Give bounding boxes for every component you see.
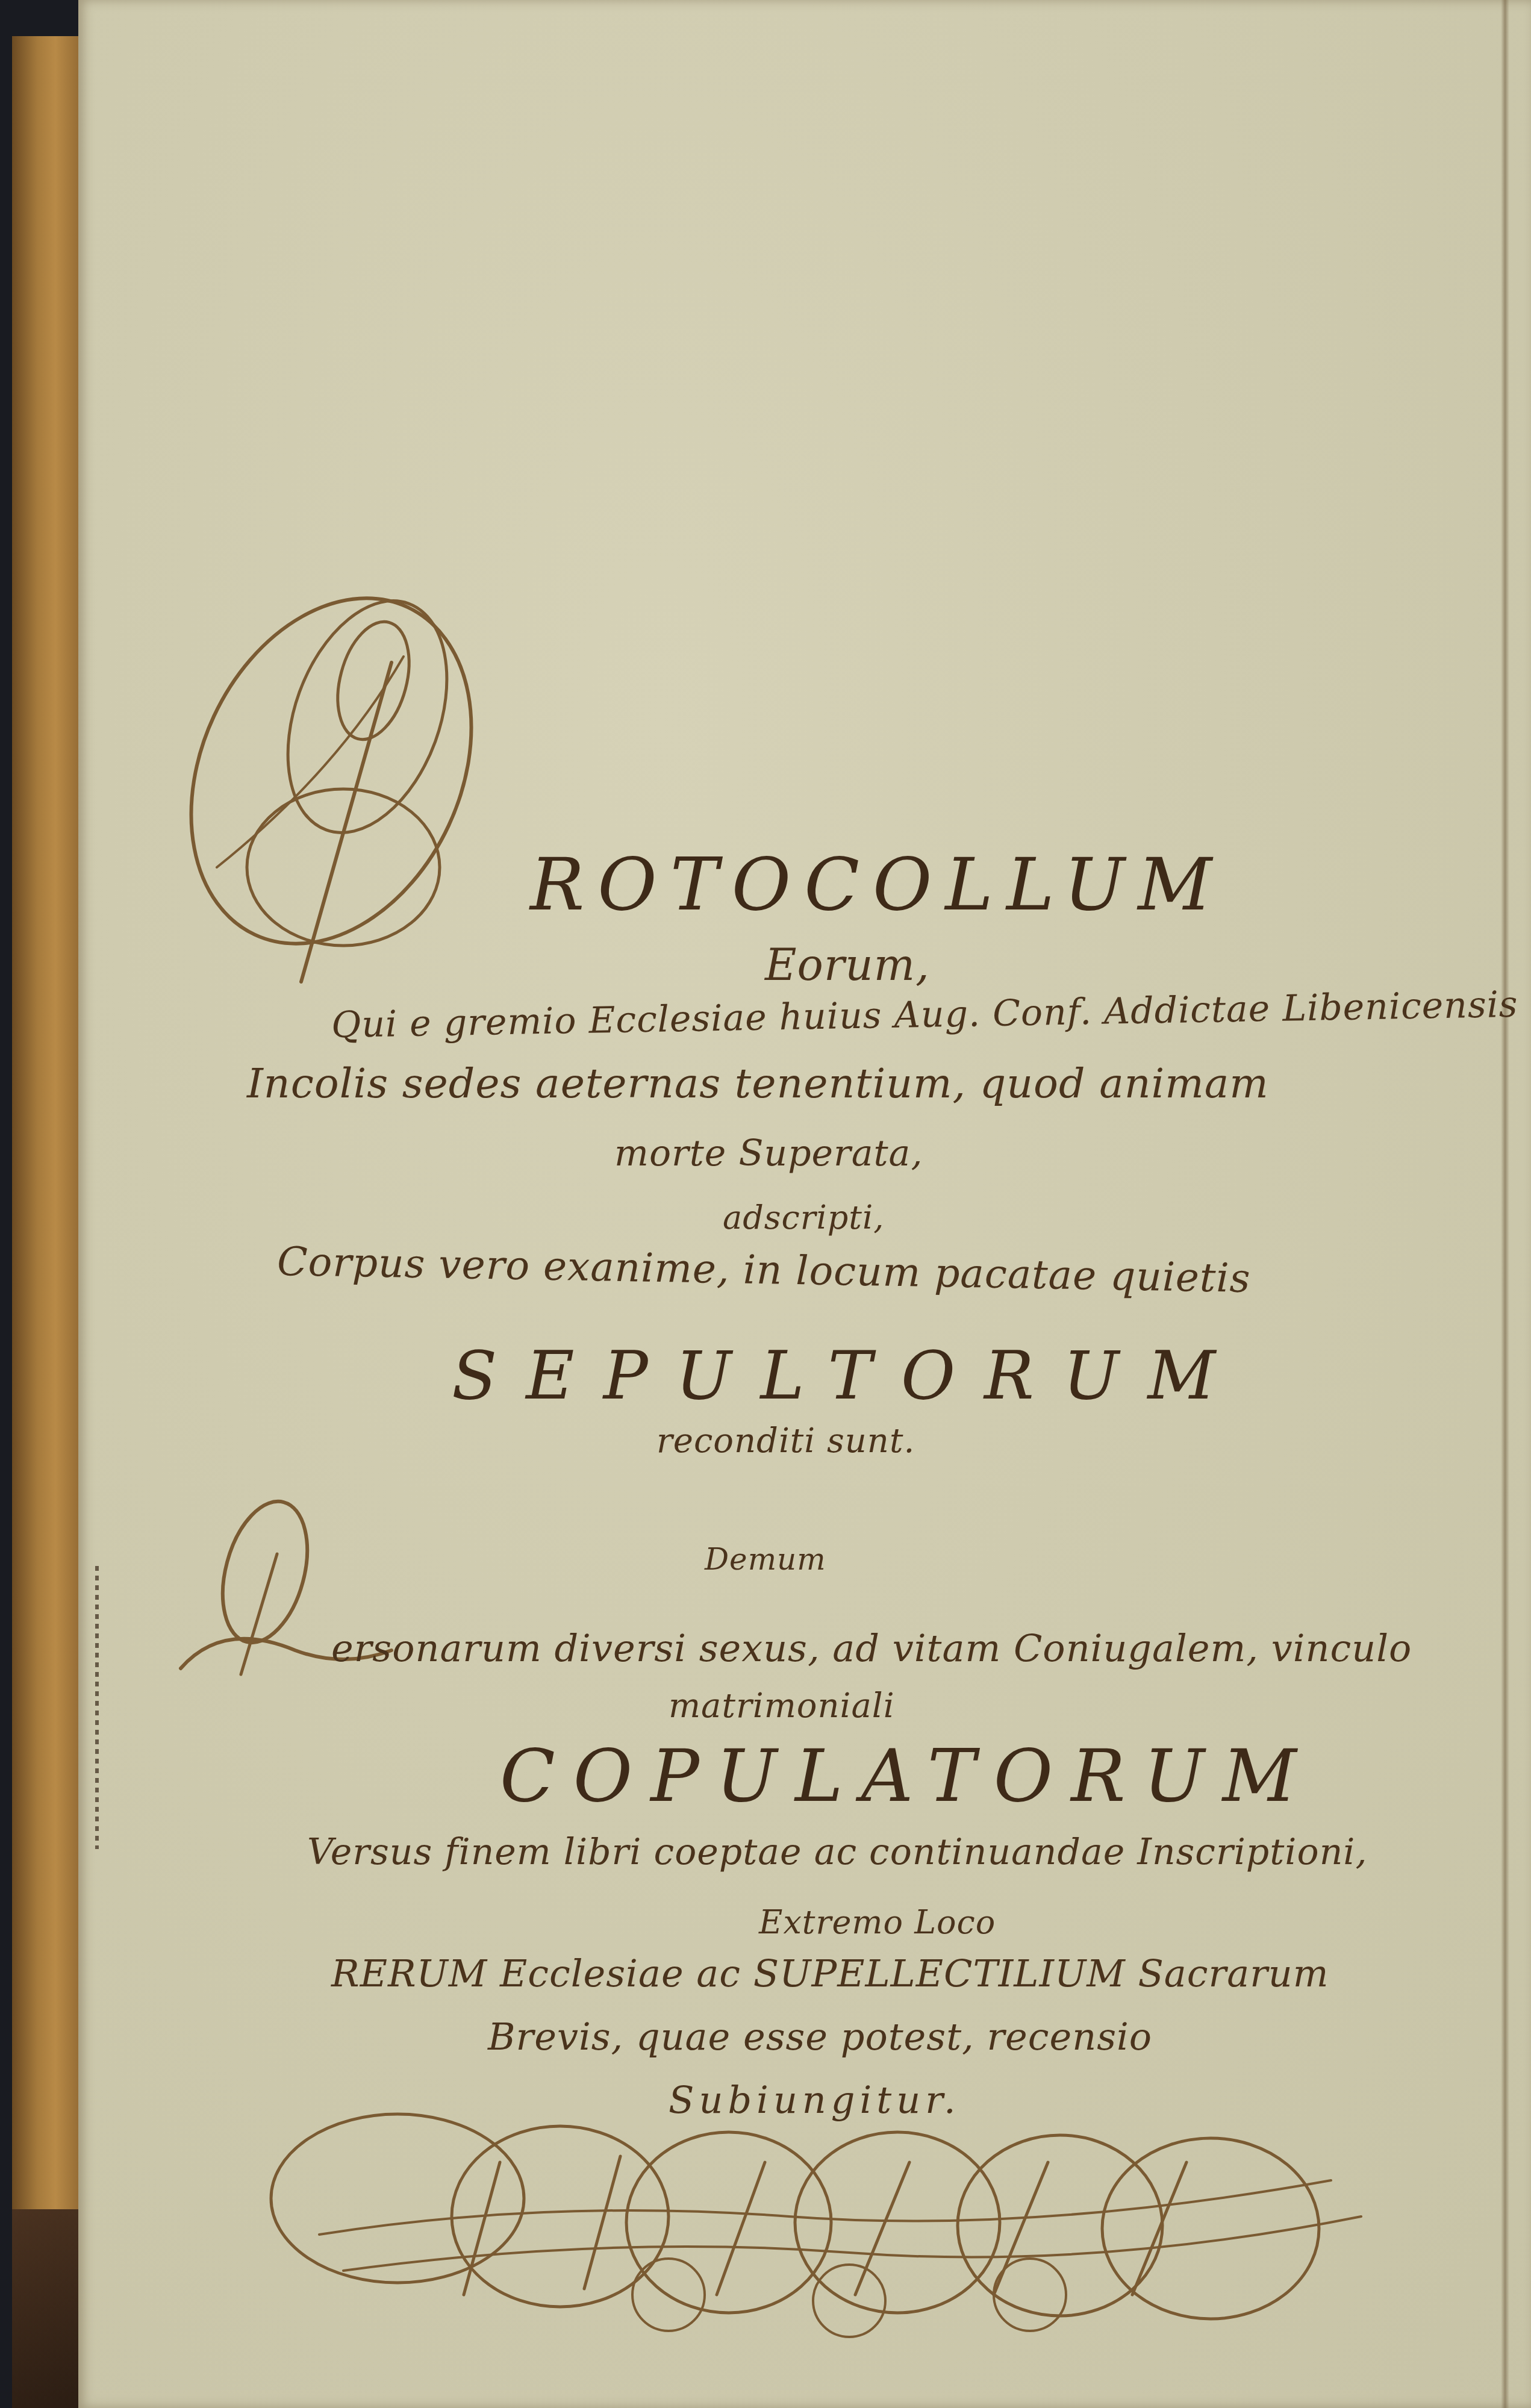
decorative-initial-p — [187, 590, 608, 1024]
text-line-brevis: Brevis, quae esse potest, recensio — [488, 2015, 1152, 2059]
text-line-demum: Demum — [705, 1542, 826, 1577]
text-line-versus-finem: Versus finem libri coeptae ac continuand… — [307, 1831, 1368, 1873]
text-line-matrimoniali: matrimoniali — [669, 1686, 895, 1726]
title-text: ROTOCOLLUM — [530, 843, 1225, 927]
binding-stitch-holes — [95, 1566, 99, 1849]
text-line-adscripti: adscripti, — [723, 1199, 885, 1237]
text-line-personarum: ersonarum diversi sexus, ad vitam Coniug… — [331, 1626, 1412, 1670]
page-gutter-shadow — [1501, 0, 1509, 2408]
personarum-text: ersonarum diversi sexus, ad vitam Coniug… — [331, 1626, 1412, 1670]
decorative-bottom-flourish — [247, 2096, 1451, 2349]
text-line-corpus-vero: Corpus vero exanime, in locum pacatae qu… — [276, 1238, 1251, 1302]
title-copulatorum: COPULATORUM — [500, 1735, 1315, 1818]
title-sepultorum: SEPULTORUM — [452, 1337, 1244, 1414]
book-binding-spine — [12, 36, 86, 2408]
title-rotocollum: ROTOCOLLUM — [530, 843, 1225, 927]
text-line-rerum-ecclesiae: RERUM Ecclesiae ac SUPELLECTILIUM Sacrar… — [331, 1951, 1329, 1995]
text-line-morte-superata: morte Superata, — [614, 1132, 923, 1174]
text-line-extremo-loco: Extremo Loco — [759, 1903, 996, 1941]
text-line-eorum: Eorum, — [765, 940, 930, 990]
manuscript-page: ROTOCOLLUM Eorum, Qui e gremio Ecclesiae… — [78, 0, 1531, 2408]
text-line-reconditi-sunt: reconditi sunt. — [656, 1421, 915, 1461]
text-line-incolis: Incolis sedes aeternas tenentium, quod a… — [247, 1060, 1269, 1108]
